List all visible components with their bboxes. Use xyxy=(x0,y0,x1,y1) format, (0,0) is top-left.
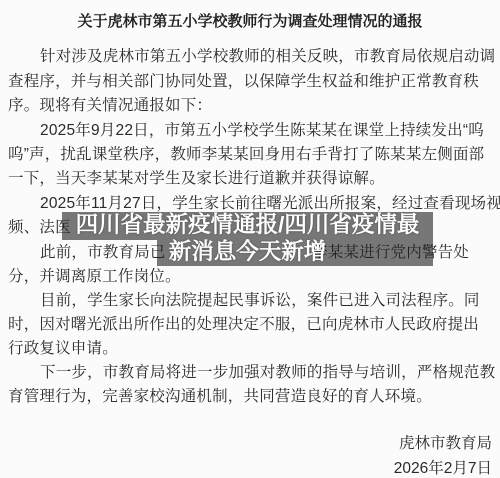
doc-line-11: 目前，学生家长向法院提起民事诉讼，案件已进入司法程序。同 xyxy=(40,292,480,309)
watermark-text: 四川省最新疫情通报/四川省疫情最 新消息今天新增 xyxy=(62,211,433,265)
doc-line-13: 行政复议申请。 xyxy=(8,340,118,357)
doc-line-15: 育管理行为，完善家校沟通机制，共同营造良好的育人环境。 xyxy=(8,388,432,405)
signature-org: 虎林市教育局 xyxy=(399,431,492,453)
doc-line-12: 时，因对曙光派出所作出的处理决定不服，已向虎林市人民政府提出 xyxy=(8,316,479,333)
doc-line-7: 2025年11月27日，学生家长前往曙光派出所报案，经过查看现场视 xyxy=(40,195,500,212)
doc-line-6: 一下，当天李某某对学生及家长进行道歉并获得谅解。 xyxy=(8,170,385,187)
doc-line-10: 分，并调离原工作岗位。 xyxy=(8,268,181,285)
doc-line-14: 下一步，市教育局将进一步加强对教师的指导与培训，严格规范教 xyxy=(40,364,495,381)
doc-line-4: 2025年9月22日，市第五小学校学生陈某某在课堂上持续发出“呜 xyxy=(40,122,484,139)
doc-line-1: 针对涉及虎林市第五小学校教师的相关反映，市教育局依规启动调 xyxy=(40,48,495,65)
doc-line-3: 序。现将有关情况通报如下： xyxy=(8,97,212,114)
watermark-line-1: 四川省最新疫情通报/四川省疫情最 xyxy=(62,211,433,238)
document-title: 关于虎林市第五小学校教师行为调查处理情况的通报 xyxy=(0,10,500,31)
notice-document: 关于虎林市第五小学校教师行为调查处理情况的通报 针对涉及虎林市第五小学校教师的相… xyxy=(0,0,500,478)
watermark-line-2: 新消息今天新增 xyxy=(62,238,433,265)
signature-date: 2026年2月7日 xyxy=(394,456,492,478)
doc-line-5: 呜”声，扰乱课堂秩序，教师李某某回身用右手背打了陈某某左侧面部 xyxy=(8,146,484,163)
doc-line-2: 查程序，并与相关部门协同处置，以保障学生权益和维护正常教育秩 xyxy=(8,73,479,90)
